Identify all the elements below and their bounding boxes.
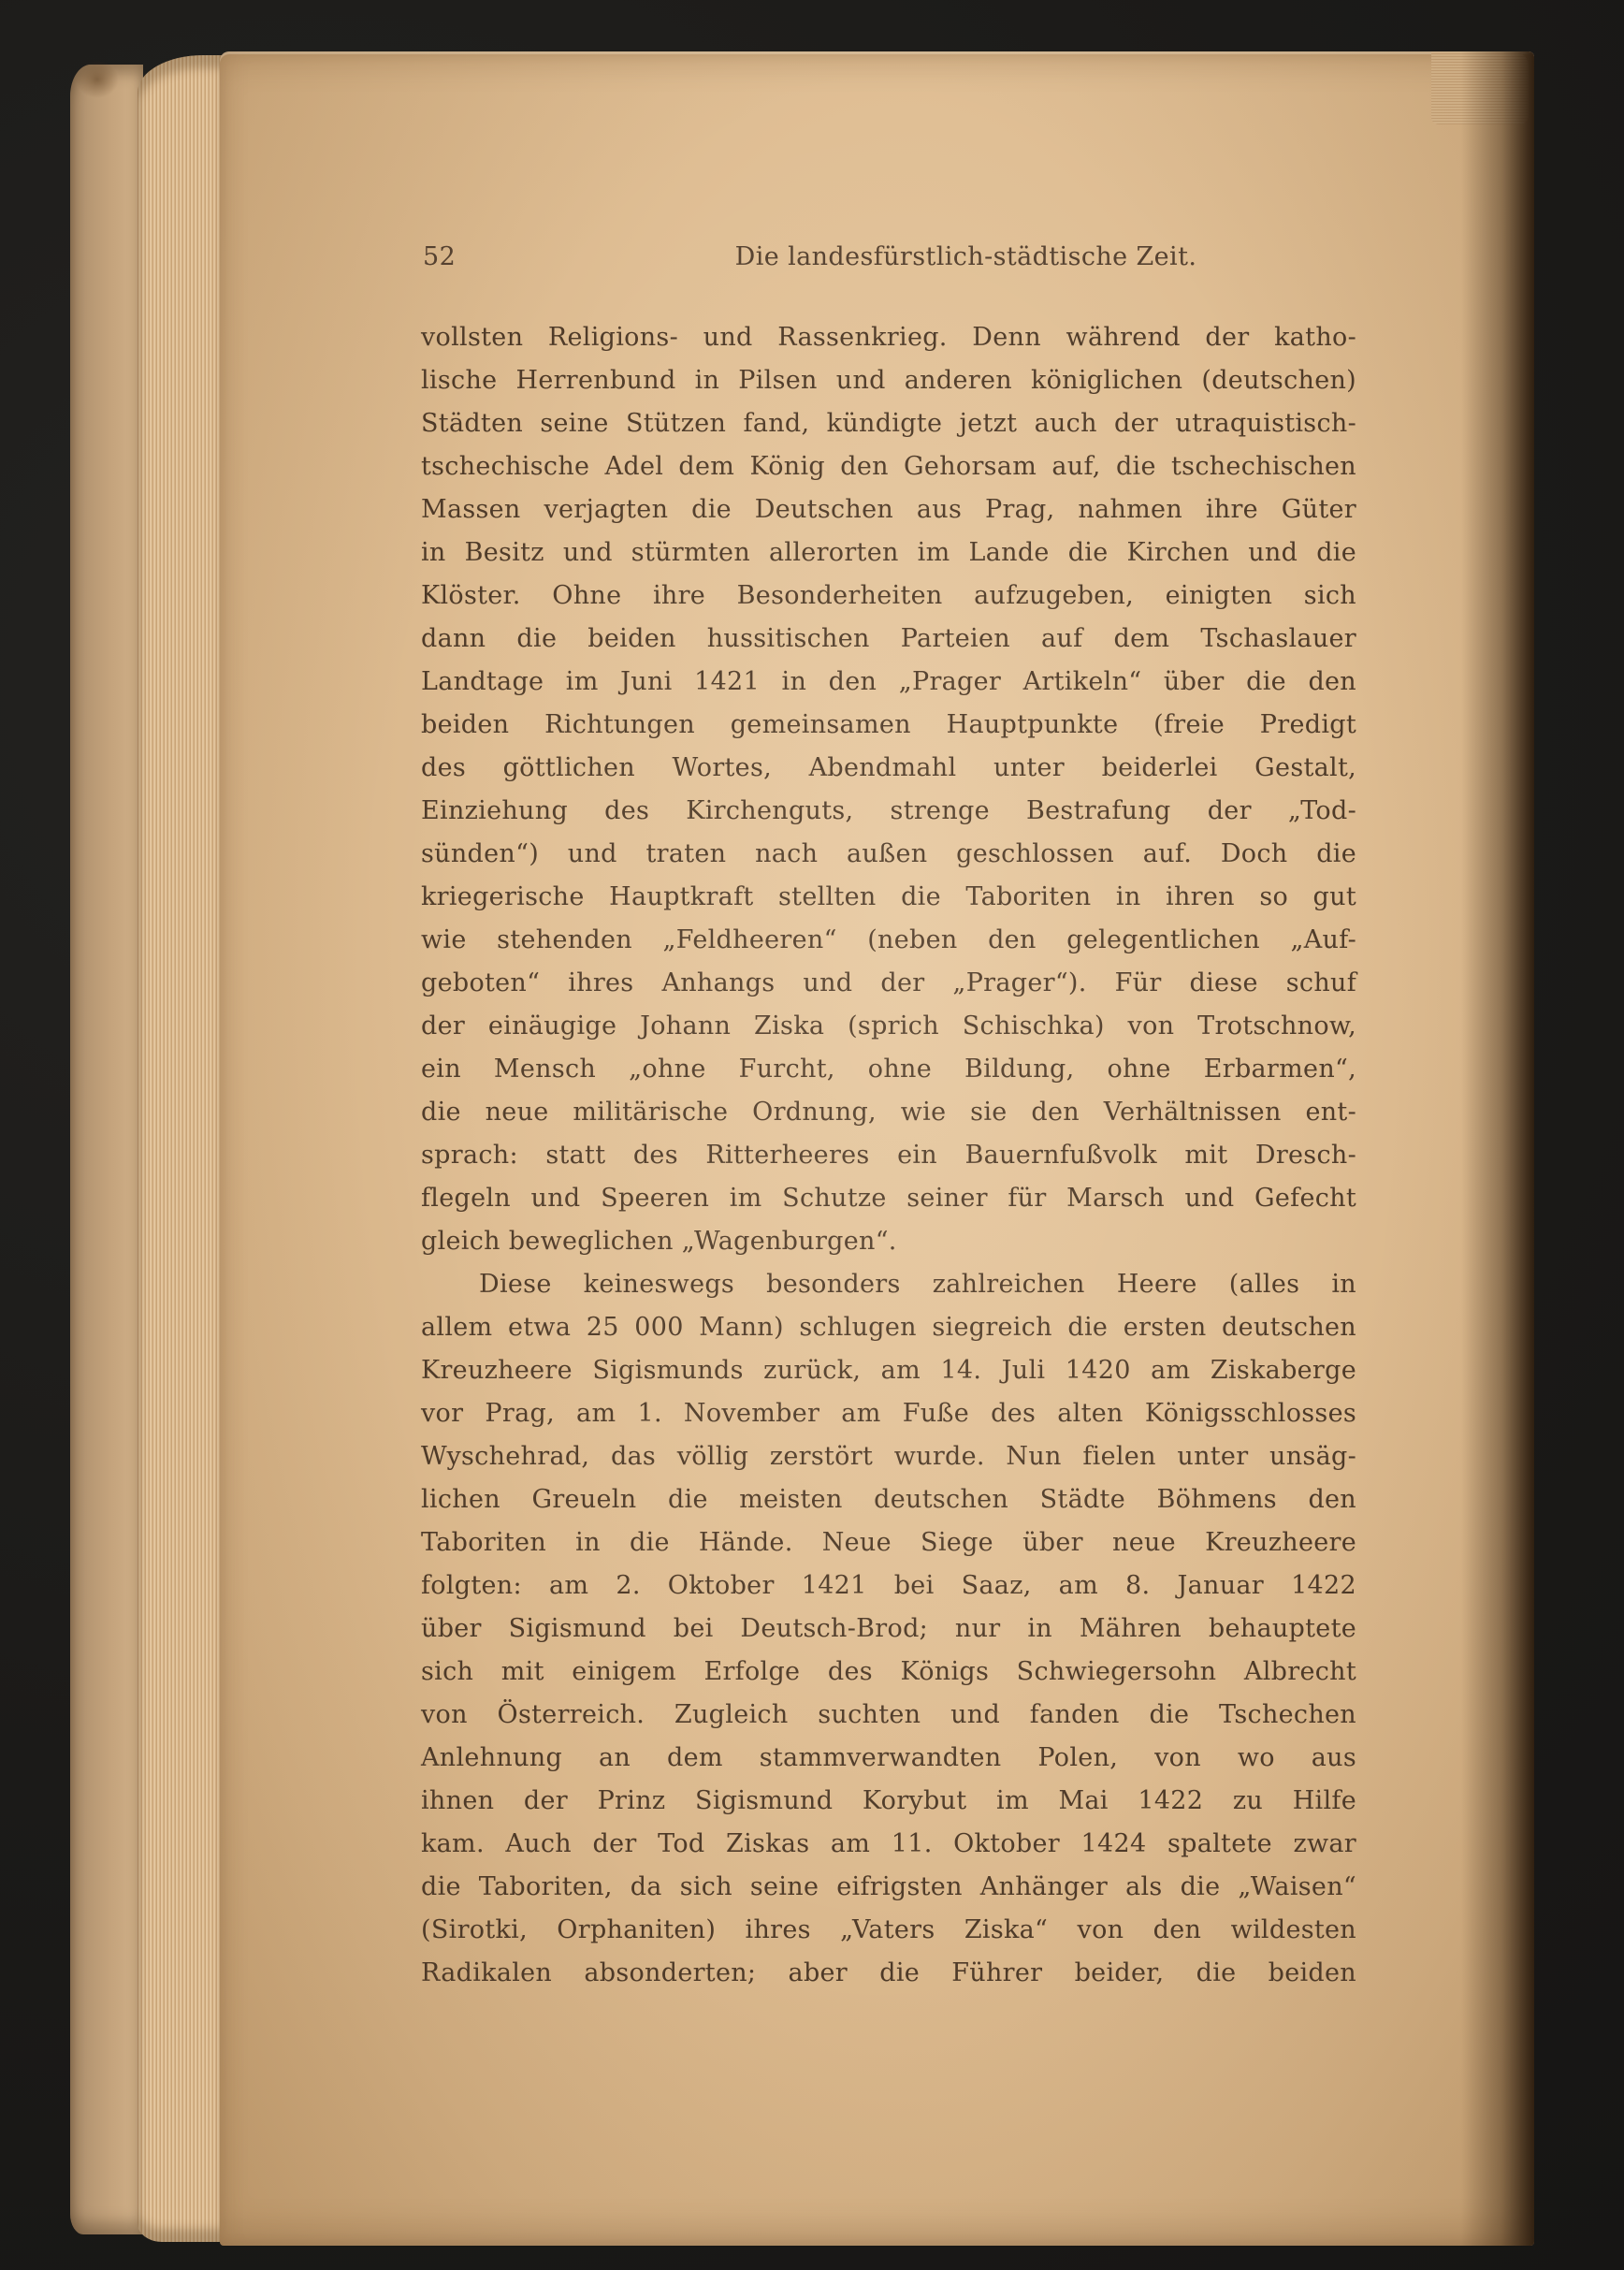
text-line: die neue militärische Ordnung, wie sie d… (421, 1091, 1356, 1134)
text-line: Taboriten in die Hände. Neue Siege über … (421, 1521, 1356, 1564)
text-line: Radikalen absonderten; aber die Führer b… (421, 1952, 1356, 1995)
paragraph: Diese keineswegs besonders zahlreichen H… (421, 1263, 1356, 1995)
text-line: kriegerische Hauptkraft stellten die Tab… (421, 876, 1356, 919)
text-line: geboten“ ihres Anhangs und der „Prager“)… (421, 962, 1356, 1005)
text-line: der einäugige Johann Ziska (sprich Schis… (421, 1005, 1356, 1048)
text-line: Landtage im Juni 1421 in den „Prager Art… (421, 661, 1356, 704)
text-line: ein Mensch „ohne Furcht, ohne Bildung, o… (421, 1048, 1356, 1091)
book-page: 52 Die landesfürstlich-städtische Zeit. … (220, 51, 1534, 2246)
text-line: in Besitz und stürmten allerorten im Lan… (421, 531, 1356, 575)
text-line: gleich beweglichen „Wagenburgen“. (421, 1220, 1356, 1263)
text-line: Massen verjagten die Deutschen aus Prag,… (421, 488, 1356, 531)
page-edge-stack (138, 55, 224, 2242)
text-line: folgten: am 2. Oktober 1421 bei Saaz, am… (421, 1564, 1356, 1608)
text-line: über Sigismund bei Deutsch-Brod; nur in … (421, 1608, 1356, 1651)
text-line: kam. Auch der Tod Ziskas am 11. Oktober … (421, 1823, 1356, 1866)
text-line: dann die beiden hussitischen Parteien au… (421, 618, 1356, 661)
text-line: Anlehnung an dem stammverwandten Polen, … (421, 1737, 1356, 1780)
text-line: Kreuzheere Sigismunds zurück, am 14. Jul… (421, 1349, 1356, 1392)
body-text: vollsten Religions- und Rassenkrieg. Den… (421, 316, 1356, 1995)
text-line: wie stehenden „Feldheeren“ (neben den ge… (421, 919, 1356, 962)
book: 52 Die landesfürstlich-städtische Zeit. … (70, 51, 1595, 2246)
text-line: Klöster. Ohne ihre Besonderheiten aufzug… (421, 575, 1356, 618)
text-line: beiden Richtungen gemeinsamen Hauptpunkt… (421, 704, 1356, 747)
book-cover-edge (70, 65, 143, 2234)
photo-background: 52 Die landesfürstlich-städtische Zeit. … (0, 0, 1624, 2270)
text-line: von Österreich. Zugleich suchten und fan… (421, 1694, 1356, 1737)
text-line: allem etwa 25 000 Mann) schlugen siegrei… (421, 1306, 1356, 1349)
text-line: lichen Greueln die meisten deutschen Stä… (421, 1478, 1356, 1521)
text-line: sich mit einigem Erfolge des Königs Schw… (421, 1651, 1356, 1694)
text-line: (Sirotki, Orphaniten) ihres „Vaters Zisk… (421, 1909, 1356, 1952)
text-line: tschechische Adel dem König den Gehorsam… (421, 445, 1356, 488)
text-line: vor Prag, am 1. November am Fuße des alt… (421, 1392, 1356, 1435)
text-line: flegeln und Speeren im Schutze seiner fü… (421, 1177, 1356, 1220)
text-line: Einziehung des Kirchenguts, strenge Best… (421, 790, 1356, 833)
text-line: ihnen der Prinz Sigismund Korybut im Mai… (421, 1780, 1356, 1823)
paragraph: vollsten Religions- und Rassenkrieg. Den… (421, 316, 1356, 1263)
text-line: sprach: statt des Ritterheeres ein Bauer… (421, 1134, 1356, 1177)
running-title: Die landesfürstlich-städtische Zeit. (421, 242, 1356, 271)
running-header: 52 Die landesfürstlich-städtische Zeit. (421, 242, 1356, 280)
page-number: 52 (423, 242, 456, 271)
text-line: des göttlichen Wortes, Abendmahl unter b… (421, 747, 1356, 790)
text-line: sünden“) und traten nach außen geschloss… (421, 833, 1356, 876)
text-line: Diese keineswegs besonders zahlreichen H… (421, 1263, 1356, 1306)
text-line: Städten seine Stützen fand, kündigte jet… (421, 402, 1356, 445)
text-line: lische Herrenbund in Pilsen und anderen … (421, 359, 1356, 402)
text-line: vollsten Religions- und Rassenkrieg. Den… (421, 316, 1356, 359)
gutter-shadow (1461, 51, 1534, 2246)
text-line: Wyschehrad, das völlig zerstört wurde. N… (421, 1435, 1356, 1478)
text-line: die Taboriten, da sich seine eifrigsten … (421, 1866, 1356, 1909)
